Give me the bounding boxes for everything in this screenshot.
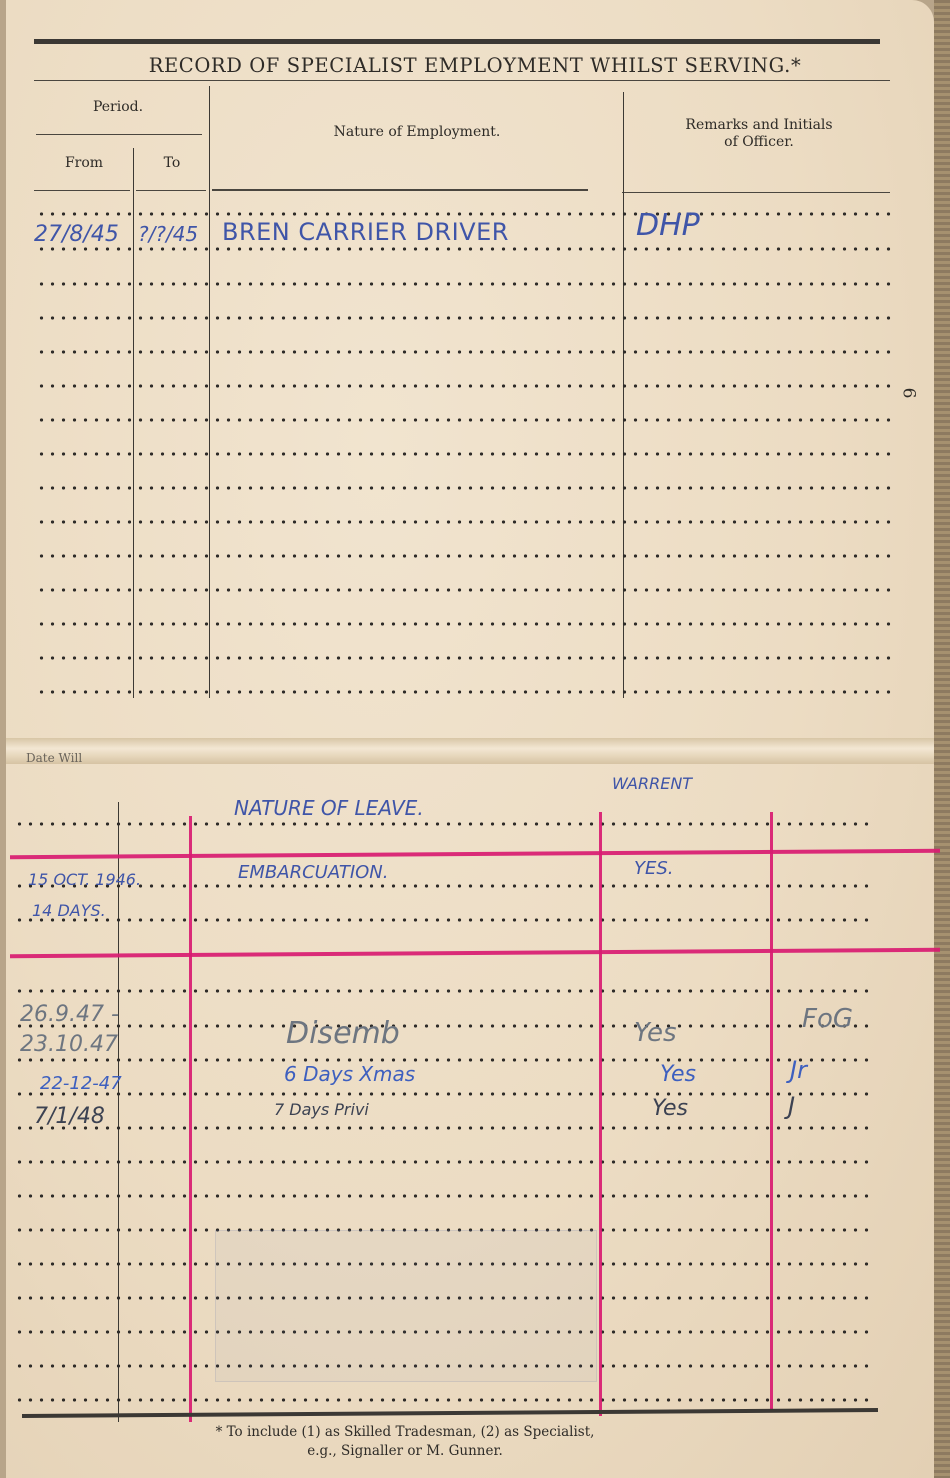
dotted-row (36, 656, 892, 660)
leave-initials: J (788, 1092, 795, 1120)
faded-stamp (215, 1230, 597, 1382)
entry-from-date: 27/8/45 (34, 222, 119, 247)
leave-nature: 7 Days Privi (274, 1100, 369, 1119)
title-underline (34, 80, 890, 81)
entry-nature: BREN CARRIER DRIVER (222, 218, 509, 246)
leave-date: 15 OCT. 1946. (28, 870, 141, 889)
remarks-header: Remarks and Initials of Officer. (626, 117, 892, 151)
pink-col-divider-3 (770, 812, 773, 1412)
header-bottom-rule-nature (212, 189, 588, 191)
footnote-line1: * To include (1) as Skilled Tradesman, (… (0, 1423, 950, 1442)
dotted-row (14, 884, 874, 888)
leave-date: 22-12-47 (40, 1073, 122, 1094)
page-number: 6 (898, 388, 918, 399)
header-bottom-rule-from (34, 190, 130, 191)
dotted-row (36, 282, 892, 286)
remarks-header-line1: Remarks and Initials (626, 117, 892, 134)
remarks-header-line2: of Officer. (626, 134, 892, 151)
dotted-row (36, 316, 892, 320)
dotted-row (36, 452, 892, 456)
dotted-row (14, 918, 874, 922)
warrant-header: WARRENT (612, 774, 692, 793)
book-spine (934, 0, 950, 1478)
leave-warrant: Yes (660, 1062, 696, 1087)
page-fold (6, 738, 934, 764)
dotted-row (14, 1194, 874, 1198)
nature-header: Nature of Employment. (212, 124, 622, 141)
officer-initials: DHP (636, 208, 700, 243)
dotted-row (36, 212, 892, 216)
leave-date: 7/1/48 (34, 1104, 105, 1129)
col-divider-period-nature (209, 86, 210, 698)
footnote-line2: e.g., Signaller or M. Gunner. (0, 1442, 950, 1461)
dotted-row (36, 588, 892, 592)
dotted-row (36, 690, 892, 694)
leave-duration: 14 DAYS. (32, 901, 106, 920)
leave-nature: 6 Days Xmas (284, 1062, 415, 1086)
dotted-row (14, 1092, 874, 1096)
leave-warrant: YES. (634, 858, 674, 879)
page-title: RECORD OF SPECIALIST EMPLOYMENT WHILST S… (0, 54, 950, 77)
entry-to-date: ?/?/45 (138, 222, 198, 246)
dotted-row (14, 1126, 874, 1130)
leave-nature: EMBARCUATION. (238, 862, 388, 883)
to-header: To (134, 155, 210, 172)
partial-date-header: Date Will (26, 750, 106, 762)
dotted-row (14, 1160, 874, 1164)
header-bottom-rule-remarks (622, 192, 890, 193)
header-bottom-rule-to (136, 190, 206, 191)
dotted-row (36, 247, 892, 251)
period-underline (36, 134, 202, 135)
dotted-row (36, 350, 892, 354)
dotted-row (14, 989, 874, 993)
pink-col-divider-2 (599, 812, 602, 1416)
lower-col-divider-date (118, 802, 119, 1422)
dotted-row (36, 622, 892, 626)
leave-initials: FoG (802, 1004, 853, 1034)
dotted-row (14, 1398, 874, 1402)
from-header: From (36, 155, 132, 172)
dotted-row (36, 486, 892, 490)
dotted-row (36, 384, 892, 388)
leave-warrant: Yes (634, 1018, 677, 1048)
top-thick-rule (34, 39, 880, 44)
dotted-row (36, 520, 892, 524)
footnote: * To include (1) as Skilled Tradesman, (… (0, 1423, 950, 1461)
period-header: Period. (36, 99, 200, 116)
leave-warrant: Yes (652, 1096, 688, 1121)
pink-col-divider-1 (189, 816, 192, 1422)
dotted-row (36, 418, 892, 422)
dotted-row (14, 822, 874, 826)
col-divider-nature-remarks (623, 92, 624, 698)
leave-initials: Jr (790, 1056, 807, 1084)
leave-nature: Disemb (286, 1016, 400, 1051)
nature-of-leave-header: NATURE OF LEAVE. (234, 796, 424, 820)
leave-date: 26.9.47 - 23.10.47 (20, 1000, 190, 1060)
dotted-row (36, 554, 892, 558)
col-divider-from-to (133, 148, 134, 698)
